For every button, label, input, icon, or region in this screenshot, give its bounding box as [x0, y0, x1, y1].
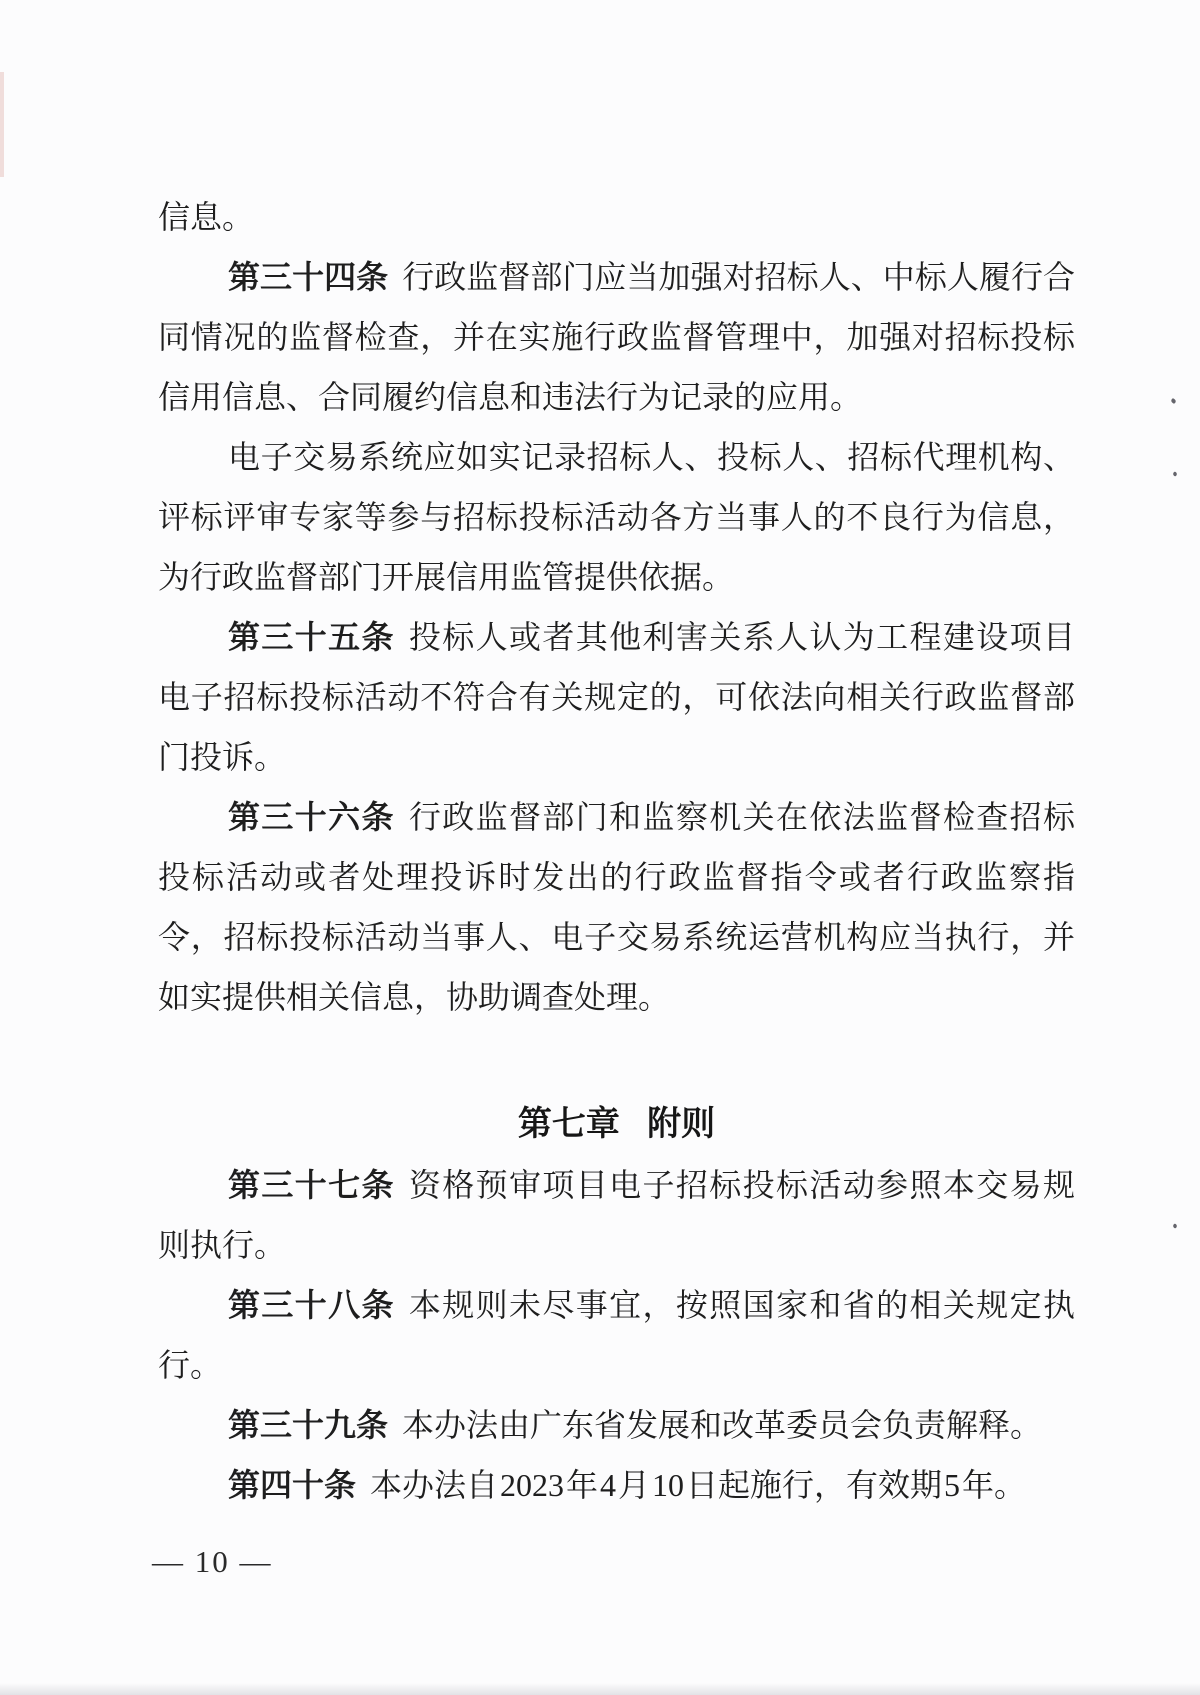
text-line: 投标活动或者处理投诉时发出的行政监督指令或者行政监察指 — [158, 847, 1075, 907]
page-edge-shadow — [0, 1683, 1200, 1695]
line-text: 本规则未尽事宜，按照国家和省的相关规定执 — [409, 1287, 1075, 1323]
line-text: 评标评审专家等参与招标投标活动各方当事人的不良行为信息， — [158, 499, 1075, 535]
text-line: 门投诉。 — [158, 727, 1075, 787]
text-line: 第三十九条本办法由广东省发展和改革委员会负责解释。 — [158, 1395, 1075, 1455]
scan-speck — [1172, 1223, 1178, 1229]
line-text: 资格预审项目电子招标投标活动参照本交易规 — [409, 1167, 1075, 1203]
text-line: 信用信息、合同履约信息和违法行为记录的应用。 — [158, 367, 1075, 427]
scan-edge-artifact — [0, 72, 4, 177]
page-number: — 10 — — [152, 1544, 273, 1580]
article-number: 第三十五条 — [228, 619, 395, 655]
line-text: 同情况的监督检查，并在实施行政监督管理中，加强对招标投标 — [158, 319, 1075, 355]
line-text: 门投诉。 — [158, 739, 286, 775]
text-line: 为行政监督部门开展信用监管提供依据。 — [158, 547, 1075, 607]
line-text: 信息。 — [158, 199, 254, 235]
article-number: 第三十八条 — [228, 1287, 395, 1323]
line-text: 投标活动或者处理投诉时发出的行政监督指令或者行政监察指 — [158, 859, 1075, 895]
line-text: 如实提供相关信息，协助调查处理。 — [158, 979, 670, 1015]
article-number: 第三十七条 — [228, 1167, 395, 1203]
text-line: 评标评审专家等参与招标投标活动各方当事人的不良行为信息， — [158, 487, 1075, 547]
text-line: 第三十六条行政监督部门和监察机关在依法监督检查招标 — [158, 787, 1075, 847]
line-text: 电子招标投标活动不符合有关规定的，可依法向相关行政监督部 — [158, 679, 1075, 715]
line-text: 令，招标投标活动当事人、电子交易系统运营机构应当执行，并 — [158, 919, 1075, 955]
document-page: 信息。 第三十四条行政监督部门应当加强对招标人、中标人履行合 同情况的监督检查，… — [0, 0, 1200, 1695]
scan-speck — [1172, 471, 1178, 477]
text-line: 电子招标投标活动不符合有关规定的，可依法向相关行政监督部 — [158, 667, 1075, 727]
article-number: 第三十九条 — [228, 1407, 388, 1443]
text-line: 第四十条本办法自 2023 年 4 月 10 日起施行，有效期 5 年。 — [158, 1455, 1075, 1515]
text-line: 第三十五条投标人或者其他利害关系人认为工程建设项目 — [158, 607, 1075, 667]
text-line: 信息。 — [158, 187, 1075, 247]
text-line: 第三十八条本规则未尽事宜，按照国家和省的相关规定执 — [158, 1275, 1075, 1335]
text-line: 如实提供相关信息，协助调查处理。 — [158, 967, 1075, 1027]
line-text: 为行政监督部门开展信用监管提供依据。 — [158, 559, 734, 595]
scan-speck — [1170, 398, 1176, 404]
line-text: 行。 — [158, 1347, 222, 1383]
text-line: 第三十四条行政监督部门应当加强对招标人、中标人履行合 — [158, 247, 1075, 307]
text-line: 电子交易系统应如实记录招标人、投标人、招标代理机构、 — [158, 427, 1075, 487]
line-text: 信用信息、合同履约信息和违法行为记录的应用。 — [158, 379, 862, 415]
text-line: 则执行。 — [158, 1215, 1075, 1275]
line-text: 行政监督部门应当加强对招标人、中标人履行合 — [402, 259, 1075, 295]
line-text: 本办法由广东省发展和改革委员会负责解释。 — [402, 1407, 1042, 1443]
article-number: 第四十条 — [228, 1467, 356, 1503]
document-body: 信息。 第三十四条行政监督部门应当加强对招标人、中标人履行合 同情况的监督检查，… — [158, 187, 1075, 1515]
article-number: 第三十四条 — [228, 259, 388, 295]
line-text: 电子交易系统应如实记录招标人、投标人、招标代理机构、 — [228, 439, 1075, 475]
text-line: 令，招标投标活动当事人、电子交易系统运营机构应当执行，并 — [158, 907, 1075, 967]
text-line: 同情况的监督检查，并在实施行政监督管理中，加强对招标投标 — [158, 307, 1075, 367]
article-number: 第三十六条 — [228, 799, 395, 835]
chapter-heading: 第七章 附则 — [158, 1095, 1075, 1155]
text-line: 第三十七条资格预审项目电子招标投标活动参照本交易规 — [158, 1155, 1075, 1215]
line-text: 行政监督部门和监察机关在依法监督检查招标 — [409, 799, 1075, 835]
line-text: 则执行。 — [158, 1227, 286, 1263]
line-text: 本办法自 2023 年 4 月 10 日起施行，有效期 5 年。 — [370, 1467, 1026, 1503]
line-text: 投标人或者其他利害关系人认为工程建设项目 — [409, 619, 1075, 655]
text-line: 行。 — [158, 1335, 1075, 1395]
